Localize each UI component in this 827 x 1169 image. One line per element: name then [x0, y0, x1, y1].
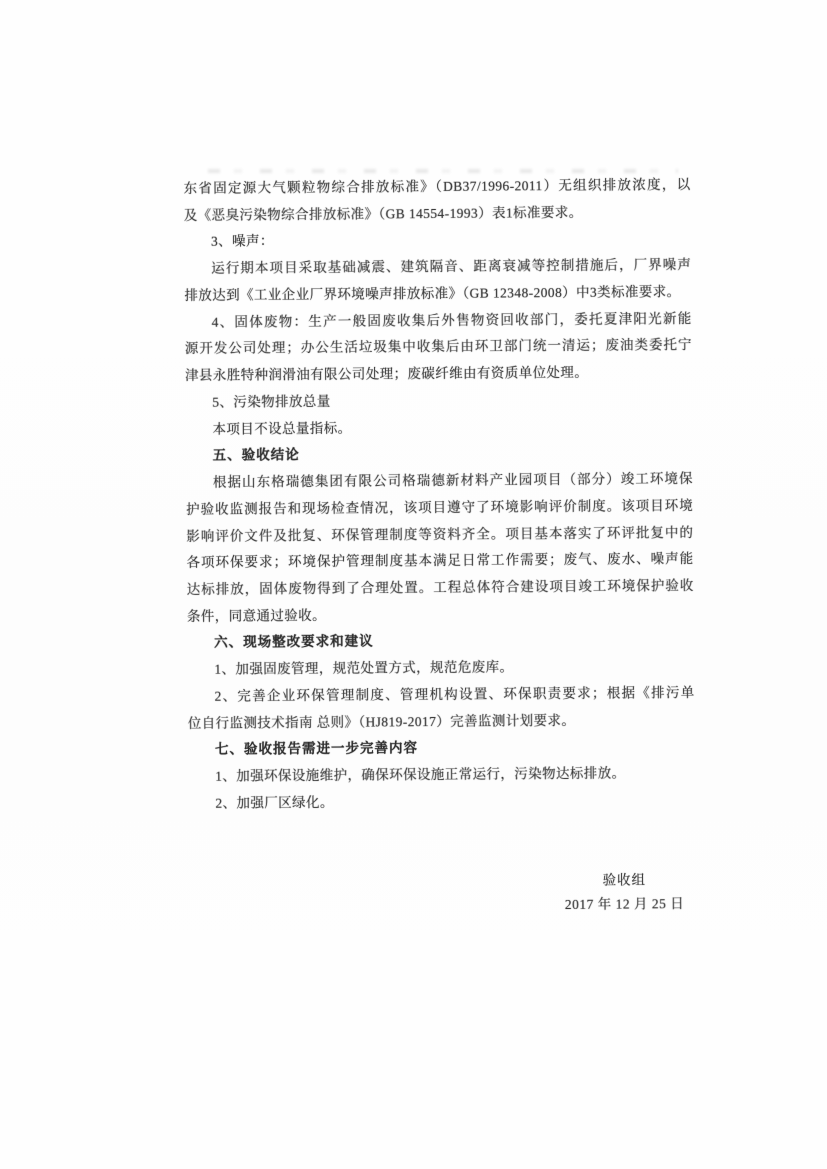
- text-line: 护验收监测报告和现场检查情况，该项目遵守了环境影响评价制度。该项目环境: [186, 493, 693, 524]
- text-line: 源开发公司处理；办公生活垃圾集中收集后由环卫部门统一清运；废油类委托宁: [185, 332, 692, 363]
- paragraph: 根据山东格瑞德集团有限公司格瑞德新材料产业园项目（部分）竣工环境保护验收监测报告…: [186, 466, 694, 630]
- text-line: 位自行监测技术指南 总则》（HJ819-2017）完善监测计划要求。: [188, 707, 695, 738]
- signature-date: 2017 年 12 月 25 日: [565, 892, 685, 917]
- text-line: 根据山东格瑞德集团有限公司格瑞德新材料产业园项目（部分）竣工环境保: [186, 466, 693, 497]
- paragraph: 运行期本项目采取基础减震、建筑隔音、距离衰减等控制措施后，厂界噪声排放达到《工业…: [184, 252, 691, 309]
- text-line: 2、加强厂区绿化。: [188, 787, 695, 818]
- section-heading: 六、现场整改要求和建议: [187, 626, 694, 657]
- text-line: 排放达到《工业企业厂界环境噪声排放标准》（GB 12348-2008）中3类标准…: [184, 279, 691, 310]
- text-line: 3、噪声：: [184, 225, 691, 256]
- text-line: 东省固定源大气颗粒物综合排放标准》（DB37/1996-2011）无组织排放浓度…: [183, 172, 690, 203]
- section-heading: 五、验收结论: [186, 439, 693, 470]
- paragraph: 东省固定源大气颗粒物综合排放标准》（DB37/1996-2011）无组织排放浓度…: [183, 172, 690, 229]
- paragraph: 5、污染物排放总量: [185, 386, 692, 417]
- text-line: 本项目不设总量指标。: [185, 413, 692, 444]
- section-heading: 七、验收报告需进一步完善内容: [188, 733, 695, 764]
- text-line: 1、加强固废管理，规范处置方式，规范危废库。: [187, 653, 694, 684]
- text-line: 运行期本项目采取基础减震、建筑隔音、距离衰减等控制措施后，厂界噪声: [184, 252, 691, 283]
- paragraph: 1、加强环保设施维护，确保环保设施正常运行，污染物达标排放。: [188, 760, 695, 791]
- text-line: 各项环保要求；环境保护管理制度基本满足日常工作需要；废气、废水、噪声能: [186, 546, 693, 577]
- text-line: 五、验收结论: [186, 439, 693, 470]
- paragraph: 本项目不设总量指标。: [185, 413, 692, 444]
- text-line: 2、完善企业环保管理制度、管理机构设置、环保职责要求；根据《排污单: [187, 680, 694, 711]
- scanned-page: 东省固定源大气颗粒物综合排放标准》（DB37/1996-2011）无组织排放浓度…: [0, 0, 827, 1169]
- text-line: 及《恶臭污染物综合排放标准》（GB 14554-1993）表1标准要求。: [184, 199, 691, 230]
- text-line: 条件，同意通过验收。: [187, 600, 694, 631]
- signer-name: 验收组: [603, 868, 647, 892]
- paragraph: 4、固体废物：生产一般固废收集后外售物资回收部门，委托夏津阳光新能源开发公司处理…: [185, 306, 693, 390]
- signature-block: 验收组 2017 年 12 月 25 日: [189, 868, 696, 920]
- signature-inner: 验收组 2017 年 12 月 25 日: [565, 868, 685, 917]
- text-line: 5、污染物排放总量: [185, 386, 692, 417]
- paragraph: 3、噪声：: [184, 225, 691, 256]
- paragraph: 2、加强厂区绿化。: [188, 787, 695, 818]
- text-content: 东省固定源大气颗粒物综合排放标准》（DB37/1996-2011）无组织排放浓度…: [183, 172, 695, 818]
- text-line: 1、加强环保设施维护，确保环保设施正常运行，污染物达标排放。: [188, 760, 695, 791]
- text-line: 六、现场整改要求和建议: [187, 626, 694, 657]
- text-line: 影响评价文件及批复、环保管理制度等资料齐全。项目基本落实了环评批复中的: [186, 520, 693, 551]
- text-line: 七、验收报告需进一步完善内容: [188, 733, 695, 764]
- page-content: 东省固定源大气颗粒物综合排放标准》（DB37/1996-2011）无组织排放浓度…: [183, 172, 696, 920]
- text-line: 津县永胜特种润滑油有限公司处理；废碳纤维由有资质单位处理。: [185, 359, 692, 390]
- text-line: 4、固体废物：生产一般固废收集后外售物资回收部门，委托夏津阳光新能: [185, 306, 692, 337]
- text-line: 达标排放，固体废物得到了合理处置。工程总体符合建设项目竣工环境保护验收: [187, 573, 694, 604]
- paragraph: 2、完善企业环保管理制度、管理机构设置、环保职责要求；根据《排污单位自行监测技术…: [187, 680, 694, 737]
- paragraph: 1、加强固废管理，规范处置方式，规范危废库。: [187, 653, 694, 684]
